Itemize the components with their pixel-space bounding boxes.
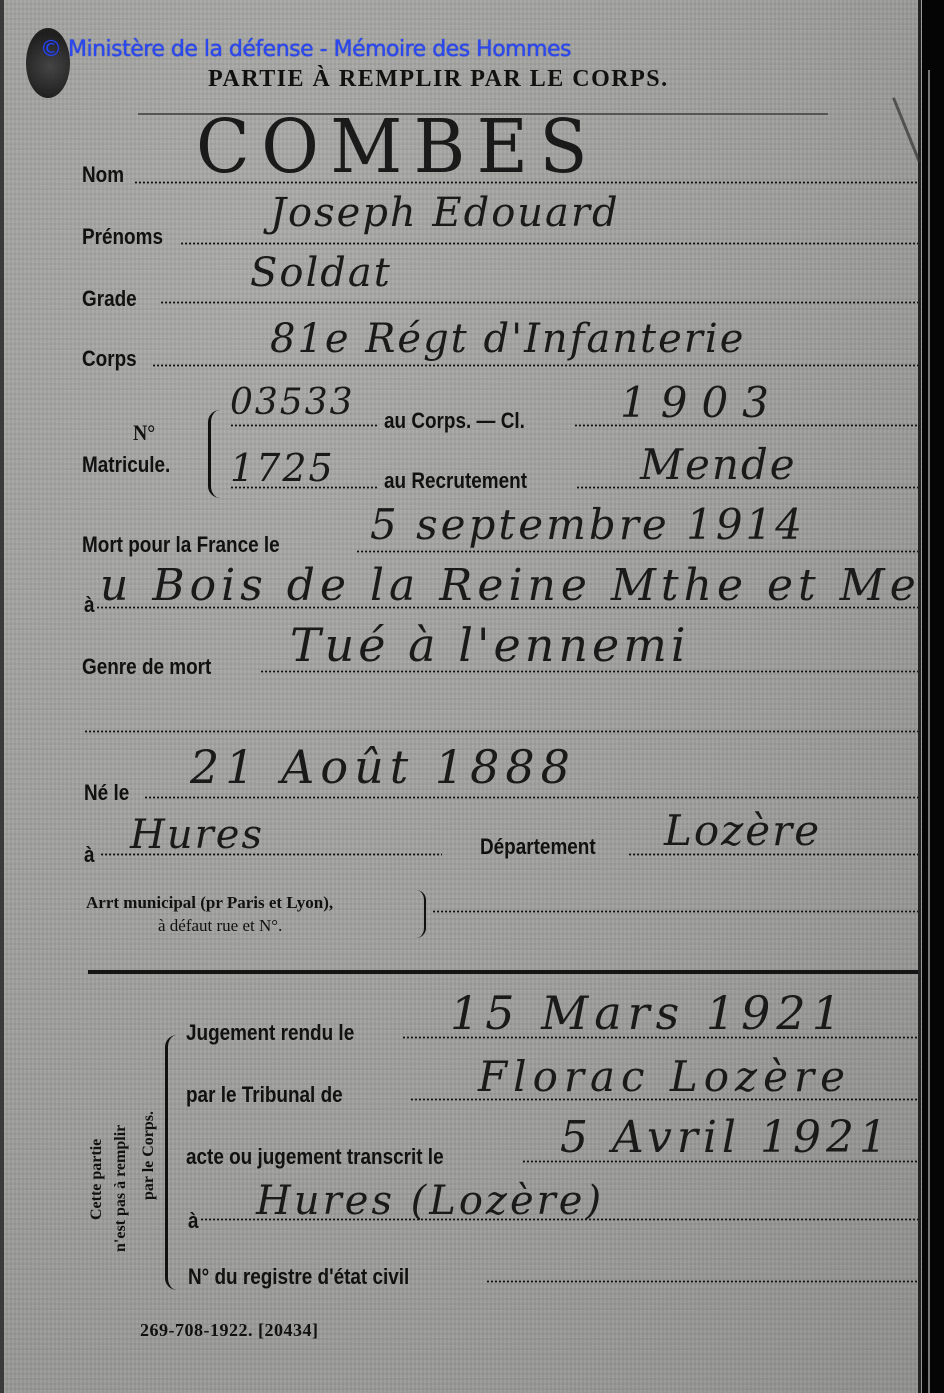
mort-date-label: Mort pour la France le bbox=[82, 532, 280, 558]
grade-label: Grade bbox=[82, 286, 137, 312]
corps-number-value: 03533 bbox=[230, 382, 355, 423]
arr-municipal-sublabel: à défaut rue et N°. bbox=[158, 916, 282, 936]
mort-lieu-label: à bbox=[84, 592, 95, 618]
jugement-rendu-value: 15 Mars 1921 bbox=[450, 986, 847, 1040]
tribunal-label: par le Tribunal de bbox=[186, 1082, 343, 1108]
corps-label: Corps bbox=[82, 346, 137, 372]
jugement-lieu-value: Hures (Lozère) bbox=[256, 1178, 604, 1224]
tribunal-value: Florac Lozère bbox=[478, 1052, 851, 1101]
departement-label: Département bbox=[480, 834, 596, 860]
departement-value: Lozère bbox=[664, 806, 821, 855]
recrutement-number-value: 1725 bbox=[230, 446, 335, 490]
arr-municipal-line bbox=[432, 910, 918, 913]
grade-value: Soldat bbox=[250, 250, 392, 296]
recrutement-label: au Recrutement bbox=[384, 468, 527, 494]
ne-le-label: Né le bbox=[84, 780, 129, 806]
corps-line bbox=[152, 364, 918, 367]
ne-lieu-value: Hures bbox=[130, 812, 264, 858]
mort-lieu-value: u Bois de la Reine Mthe et Meuse bbox=[100, 560, 922, 611]
corps-value: 81e Régt d'Infanterie bbox=[270, 316, 745, 362]
matricule-label: Matricule. bbox=[82, 452, 170, 478]
death-record-card: © Ministère de la défense - Mémoire des … bbox=[0, 0, 922, 1393]
grade-line bbox=[160, 301, 918, 304]
jugement-lieu-label: à bbox=[188, 1208, 199, 1234]
prenoms-line bbox=[180, 242, 918, 245]
jugement-brace bbox=[165, 1035, 178, 1290]
matricule-no-label: N° bbox=[133, 420, 155, 446]
nom-label: Nom bbox=[82, 162, 124, 188]
scan-border bbox=[922, 0, 944, 1393]
section-divider bbox=[88, 970, 918, 974]
copyright-watermark: © Ministère de la défense - Mémoire des … bbox=[40, 37, 571, 62]
form-title: PARTIE À REMPLIR PAR LE CORPS. bbox=[208, 66, 669, 93]
transcrit-label: acte ou jugement transcrit le bbox=[186, 1144, 444, 1170]
prenoms-label: Prénoms bbox=[82, 224, 163, 250]
transcrit-value: 5 Avril 1921 bbox=[560, 1112, 892, 1163]
card-edge-line bbox=[918, 0, 921, 1393]
scan-edge-line bbox=[928, 70, 930, 1393]
side-note-line3: par le Corps. bbox=[140, 1111, 158, 1200]
mort-date-value: 5 septembre 1914 bbox=[370, 500, 805, 549]
left-edge bbox=[0, 0, 4, 1393]
blank-line bbox=[84, 730, 918, 733]
ne-le-line bbox=[144, 796, 918, 799]
side-note-line2: n'est pas à remplir bbox=[112, 1125, 130, 1252]
classe-value: 1903 bbox=[620, 378, 783, 427]
corps-number-line bbox=[230, 424, 378, 427]
registre-label: N° du registre d'état civil bbox=[188, 1264, 409, 1290]
side-note-line1: Cette partie bbox=[88, 1139, 106, 1220]
nom-value: COMBES bbox=[196, 104, 599, 190]
prenoms-value: Joseph Edouard bbox=[270, 190, 620, 236]
print-code: 269-708-1922. [20434] bbox=[140, 1320, 318, 1341]
registre-line bbox=[486, 1280, 918, 1283]
scratch-mark bbox=[892, 97, 921, 163]
recrutement-value: Mende bbox=[640, 440, 797, 489]
arr-municipal-brace bbox=[414, 890, 426, 938]
genre-mort-value: Tué à l'ennemi bbox=[290, 618, 690, 672]
matricule-brace bbox=[208, 410, 221, 498]
jugement-rendu-label: Jugement rendu le bbox=[186, 1020, 354, 1046]
arr-municipal-label: Arrt municipal (pr Paris et Lyon), bbox=[86, 893, 333, 913]
mort-date-line bbox=[356, 550, 918, 553]
corps-classe-label: au Corps. — Cl. bbox=[384, 408, 525, 434]
genre-mort-label: Genre de mort bbox=[82, 654, 211, 680]
ne-lieu-label: à bbox=[84, 842, 95, 868]
ne-le-value: 21 Août 1888 bbox=[190, 740, 576, 794]
